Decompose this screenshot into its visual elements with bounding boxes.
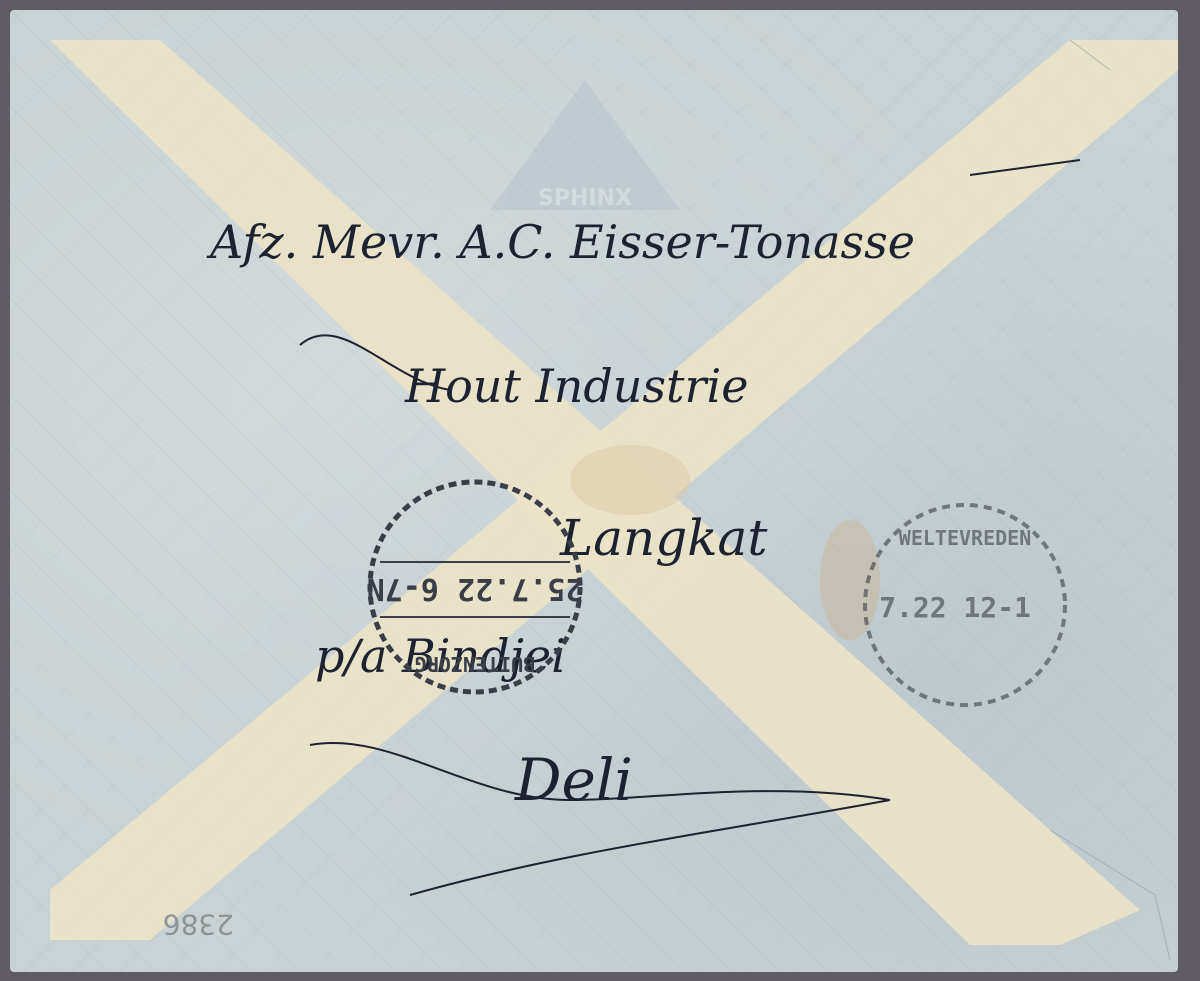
flap-lines: [1050, 40, 1170, 960]
catalog-number: 2386: [163, 908, 234, 941]
svg-text:WELTEVREDEN: WELTEVREDEN: [899, 526, 1031, 550]
svg-text:25.7.22 6-7N: 25.7.22 6-7N: [367, 571, 584, 606]
svg-text:7.22 12-1: 7.22 12-1: [879, 591, 1031, 624]
svg-text:Deli: Deli: [514, 746, 633, 814]
svg-text:Afz. Mevr. A.C. Eisser-Tonasse: Afz. Mevr. A.C. Eisser-Tonasse: [206, 215, 915, 269]
svg-text:Hout Industrie: Hout Industrie: [404, 359, 748, 413]
envelope-drawing: SPHINX Afz. Mevr. A.C. Eisser-Tonasse Ho…: [10, 10, 1178, 972]
svg-text:BUITENZORG: BUITENZORG: [415, 652, 535, 676]
svg-text:Langkat: Langkat: [559, 509, 768, 567]
watermark: SPHINX: [490, 80, 680, 211]
envelope: SPHINX Afz. Mevr. A.C. Eisser-Tonasse Ho…: [10, 10, 1178, 972]
svg-text:SPHINX: SPHINX: [538, 186, 632, 211]
postmark-buitenzorg: 25.7.22 6-7N BUITENZORG: [367, 482, 584, 692]
postmark-weltevreden: 7.22 12-1 WELTEVREDEN: [865, 505, 1065, 705]
